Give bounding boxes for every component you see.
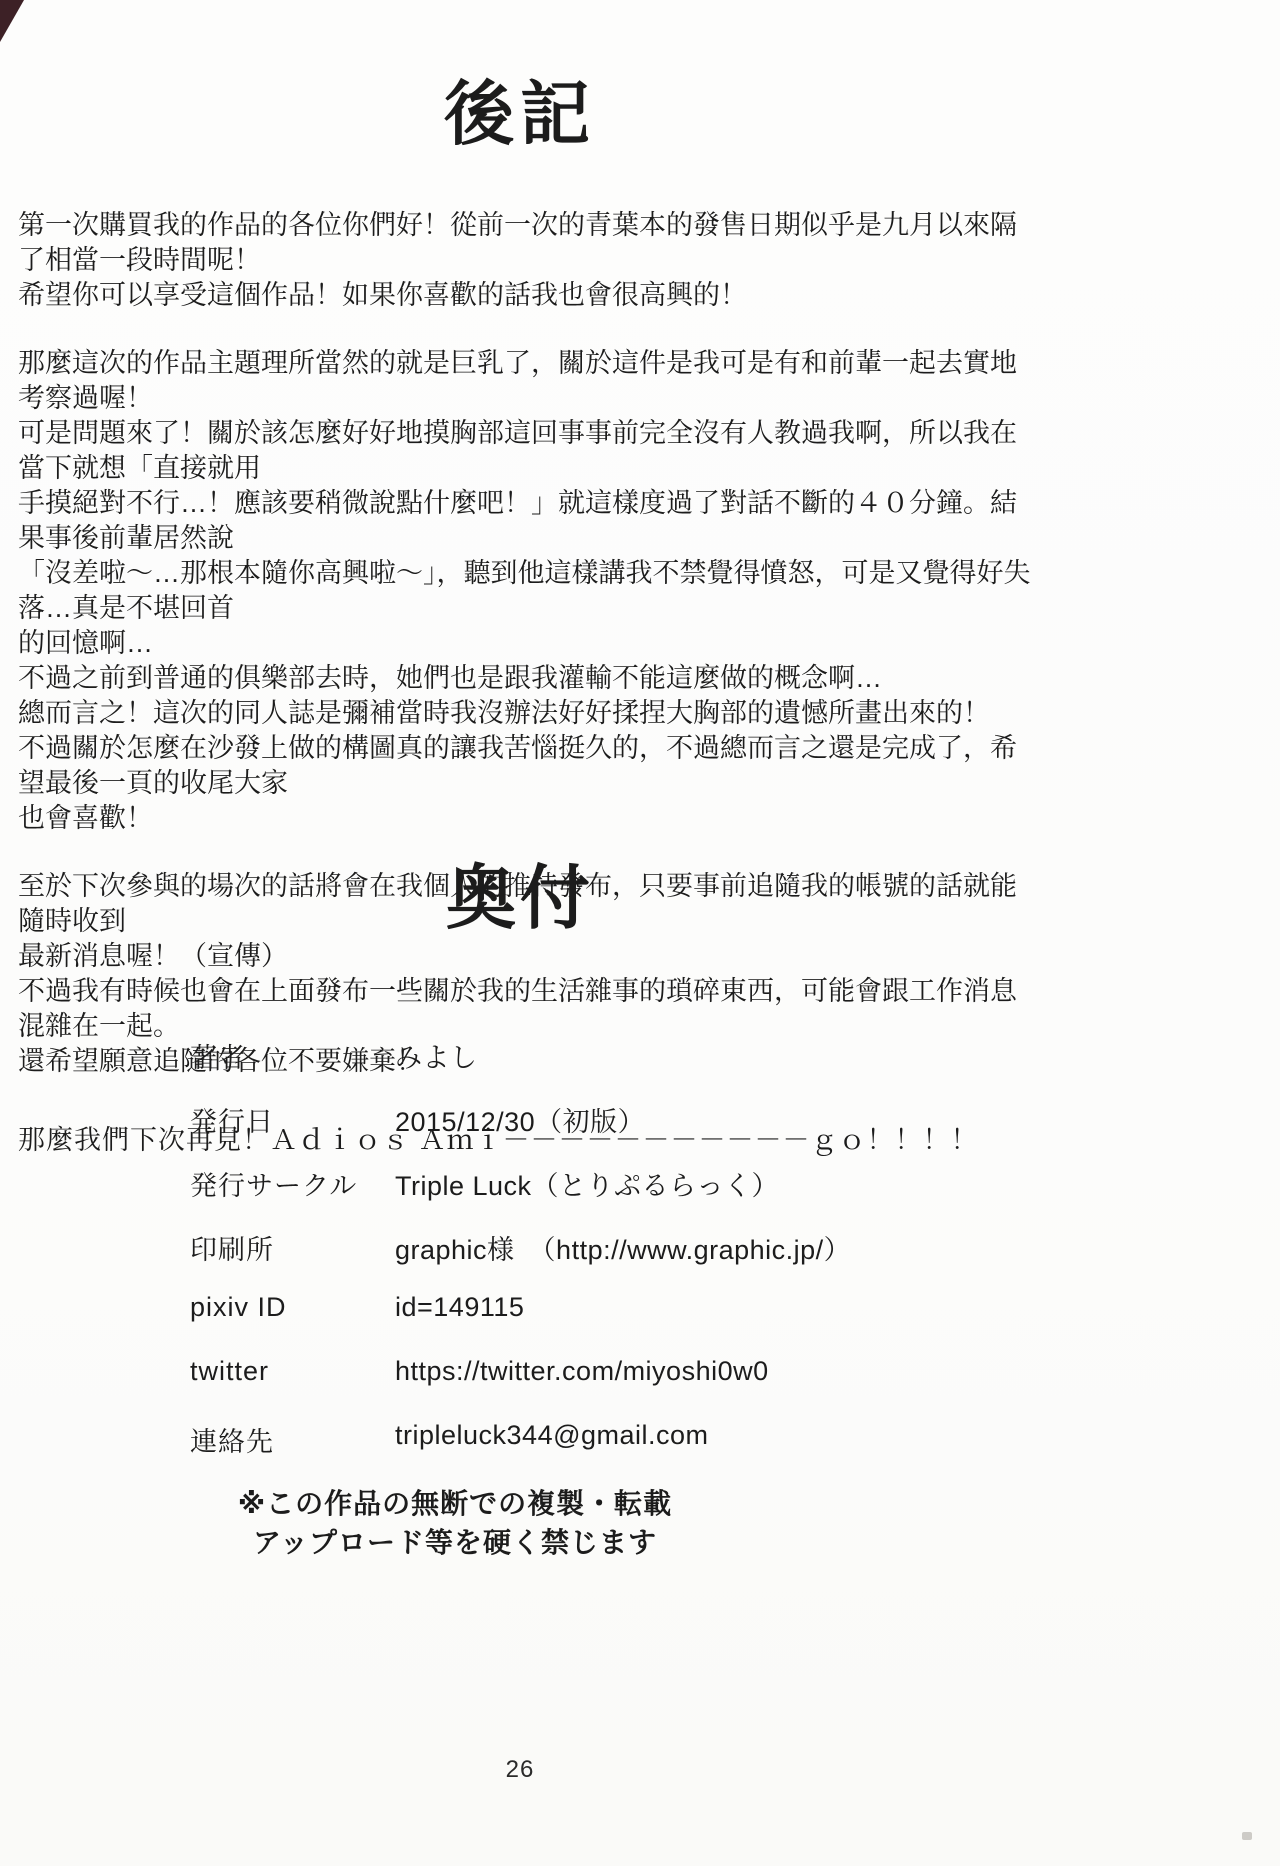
colophon-row-printer: 印刷所 graphic様 （http://www.graphic.jp/） xyxy=(190,1228,950,1292)
colophon-value: id=149115 xyxy=(395,1292,950,1323)
colophon-row-pixiv-id: pixiv ID id=149115 xyxy=(190,1292,950,1356)
colophon-label: 著者 xyxy=(190,1036,395,1075)
colophon-title: 奥付 xyxy=(0,842,1040,943)
colophon-row-twitter: twitter https://twitter.com/miyoshi0w0 xyxy=(190,1356,950,1420)
colophon-value: https://twitter.com/miyoshi0w0 xyxy=(395,1356,950,1387)
colophon-row-author: 著者 みよし xyxy=(190,1036,950,1100)
colophon-value: みよし xyxy=(395,1036,950,1075)
copyright-disclaimer: ※この作品の無断での複製・転載 アップロード等を硬く禁じます xyxy=(155,1484,755,1562)
afterword-paragraph-1: 第一次購買我的作品的各位你們好！從前一次的青葉本的發售日期似乎是九月以來隔了相當… xyxy=(18,208,1038,313)
colophon-label: 印刷所 xyxy=(190,1228,395,1267)
afterword-paragraph-2: 那麼這次的作品主題理所當然的就是巨乳了，關於這件是我可是有和前輩一起去實地考察過… xyxy=(18,346,1038,836)
afterword-title: 後記 xyxy=(0,58,1040,159)
scan-corner-artifact-icon xyxy=(0,0,24,42)
page-number: 26 xyxy=(0,1756,1040,1784)
colophon-value: 2015/12/30（初版） xyxy=(395,1100,950,1139)
colophon-label: twitter xyxy=(190,1356,395,1387)
colophon-row-publish-date: 発行日 2015/12/30（初版） xyxy=(190,1100,950,1164)
scan-edge-artifact-icon xyxy=(1242,1832,1252,1840)
colophon-table: 著者 みよし 発行日 2015/12/30（初版） 発行サークル Triple … xyxy=(190,1036,950,1484)
colophon-label: 連絡先 xyxy=(190,1420,395,1459)
colophon-row-contact: 連絡先 tripleluck344@gmail.com xyxy=(190,1420,950,1484)
colophon-row-circle: 発行サークル Triple Luck（とりぷるらっく） xyxy=(190,1164,950,1228)
colophon-value: tripleluck344@gmail.com xyxy=(395,1420,950,1451)
colophon-label: 発行日 xyxy=(190,1100,395,1139)
colophon-value: graphic様 （http://www.graphic.jp/） xyxy=(395,1228,950,1267)
colophon-label: 発行サークル xyxy=(190,1164,395,1203)
scanned-page: 後記 第一次購買我的作品的各位你們好！從前一次的青葉本的發售日期似乎是九月以來隔… xyxy=(0,0,1280,1866)
colophon-value: Triple Luck（とりぷるらっく） xyxy=(395,1164,950,1203)
colophon-label: pixiv ID xyxy=(190,1292,395,1323)
